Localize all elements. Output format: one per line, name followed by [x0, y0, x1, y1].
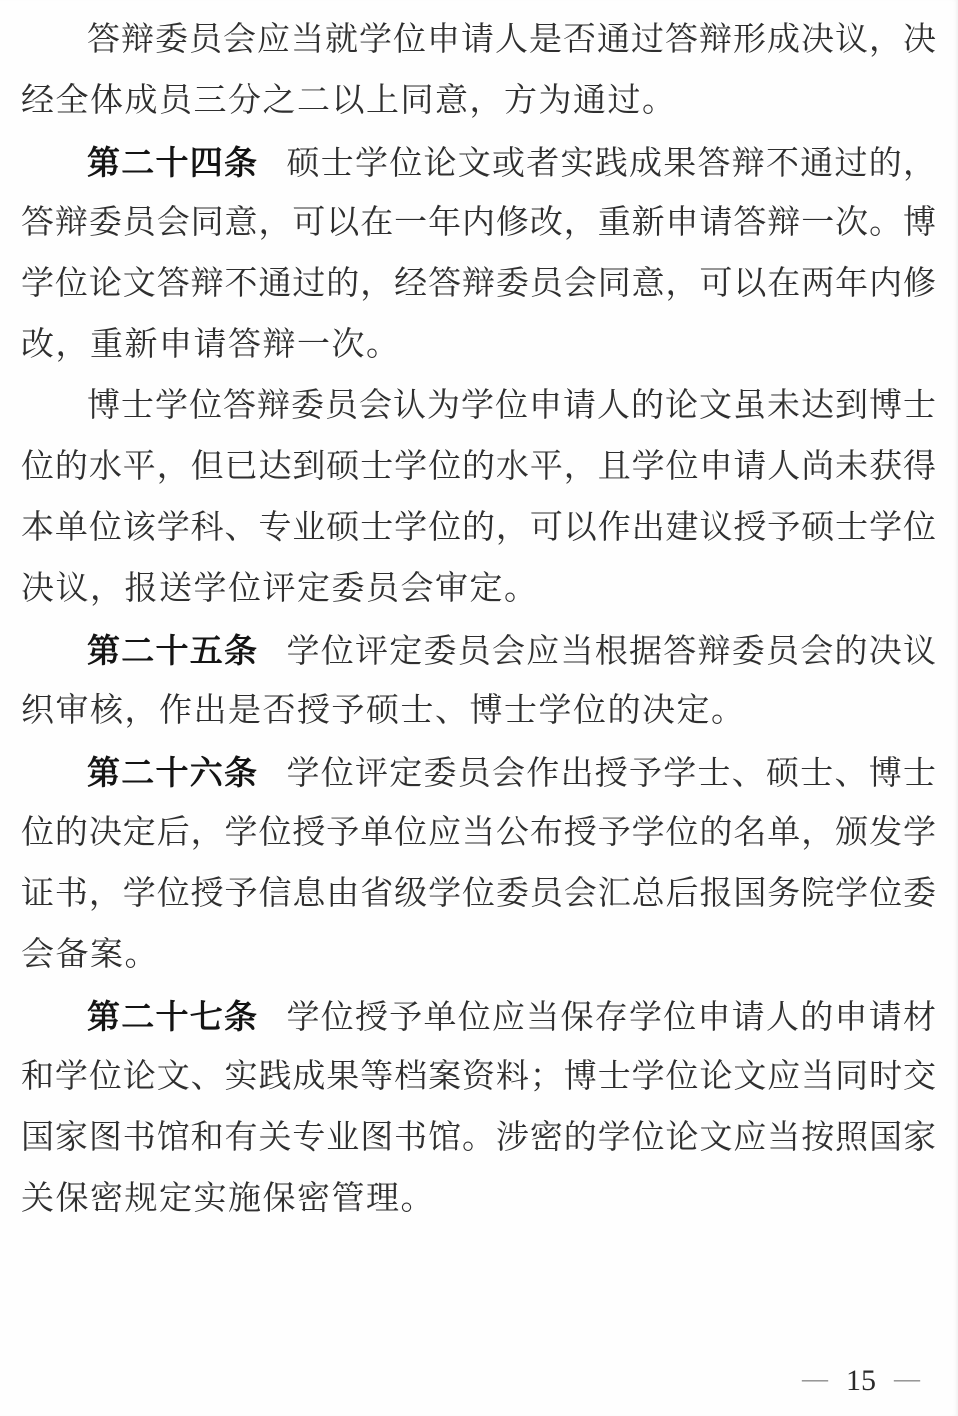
line-text: 关保密规定实施保密管理。: [21, 1181, 435, 1217]
document-lines: 答辩委员会应当就学位申请人是否通过答辩形成决议，决议经全体成员三分之二以上同意，…: [21, 10, 936, 1230]
text-line: 第二十五条学位评定委员会应当根据答辩委员会的决议组: [21, 620, 936, 681]
line-text: 织审核，作出是否授予硕士、博士学位的决定。: [21, 693, 746, 729]
text-line: 关保密规定实施保密管理。: [21, 1169, 936, 1230]
text-line: 答辩委员会同意，可以在一年内修改，重新申请答辩一次。博士: [21, 193, 936, 254]
page-number: 15: [846, 1366, 876, 1396]
text-line: 答辩委员会应当就学位申请人是否通过答辩形成决议，决议: [21, 10, 936, 71]
text-line: 织审核，作出是否授予硕士、博士学位的决定。: [21, 681, 936, 742]
line-text: 国家图书馆和有关专业图书馆。涉密的学位论文应当按照国家有: [21, 1120, 936, 1169]
text-line: 博士学位答辩委员会认为学位申请人的论文虽未达到博士学: [21, 376, 936, 437]
text-line: 会备案。: [21, 925, 936, 986]
line-text: 学位论文答辩不通过的，经答辩委员会同意，可以在两年内修: [21, 266, 936, 302]
text-line: 第二十六条学位评定委员会作出授予学士、硕士、博士学: [21, 742, 936, 803]
line-text: 位的水平，但已达到硕士学位的水平，且学位申请人尚未获得过: [21, 449, 936, 498]
text-line: 证书，学位授予信息由省级学位委员会汇总后报国务院学位委员: [21, 864, 936, 925]
text-line: 决议，报送学位评定委员会审定。: [21, 559, 936, 620]
text-line: 和学位论文、实践成果等档案资料；博士学位论文应当同时交存: [21, 1047, 936, 1108]
line-text: 答辩委员会同意，可以在一年内修改，重新申请答辩一次。博士: [21, 205, 936, 254]
article-number: 第二十七条: [87, 998, 258, 1035]
text-line: 国家图书馆和有关专业图书馆。涉密的学位论文应当按照国家有: [21, 1108, 936, 1169]
document-page: 答辩委员会应当就学位申请人是否通过答辩形成决议，决议经全体成员三分之二以上同意，…: [0, 0, 958, 1416]
line-text: 位的决定后，学位授予单位应当公布授予学位的名单，颁发学位: [21, 815, 936, 864]
text-line: 经全体成员三分之二以上同意，方为通过。: [21, 71, 936, 132]
line-text: 和学位论文、实践成果等档案资料；博士学位论文应当同时交存: [21, 1059, 936, 1108]
text-line: 位的决定后，学位授予单位应当公布授予学位的名单，颁发学位: [21, 803, 936, 864]
text-line: 第二十七条学位授予单位应当保存学位申请人的申请材料: [21, 986, 936, 1047]
line-text: 改，重新申请答辩一次。: [21, 327, 401, 363]
line-text: 经全体成员三分之二以上同意，方为通过。: [21, 83, 677, 119]
footer-dash-right: —: [894, 1366, 920, 1392]
text-line: 学位论文答辩不通过的，经答辩委员会同意，可以在两年内修: [21, 254, 936, 315]
text-line: 本单位该学科、专业硕士学位的，可以作出建议授予硕士学位的: [21, 498, 936, 559]
text-line: 改，重新申请答辩一次。: [21, 315, 936, 376]
line-text: 博士学位答辩委员会认为学位申请人的论文虽未达到博士学: [87, 388, 936, 437]
text-line: 第二十四条硕士学位论文或者实践成果答辩不通过的，经: [21, 132, 936, 193]
article-number: 第二十五条: [87, 632, 258, 669]
article-number: 第二十四条: [87, 144, 258, 181]
article-number: 第二十六条: [87, 754, 258, 791]
line-text: 本单位该学科、专业硕士学位的，可以作出建议授予硕士学位的: [21, 510, 936, 559]
page-footer: — 15 —: [802, 1366, 920, 1396]
line-text: 答辩委员会应当就学位申请人是否通过答辩形成决议，决议: [87, 22, 936, 71]
footer-dash-left: —: [802, 1366, 828, 1392]
line-text: 决议，报送学位评定委员会审定。: [21, 571, 539, 607]
text-line: 位的水平，但已达到硕士学位的水平，且学位申请人尚未获得过: [21, 437, 936, 498]
line-text: 证书，学位授予信息由省级学位委员会汇总后报国务院学位委员: [21, 876, 936, 925]
line-text: 会备案。: [21, 937, 159, 973]
